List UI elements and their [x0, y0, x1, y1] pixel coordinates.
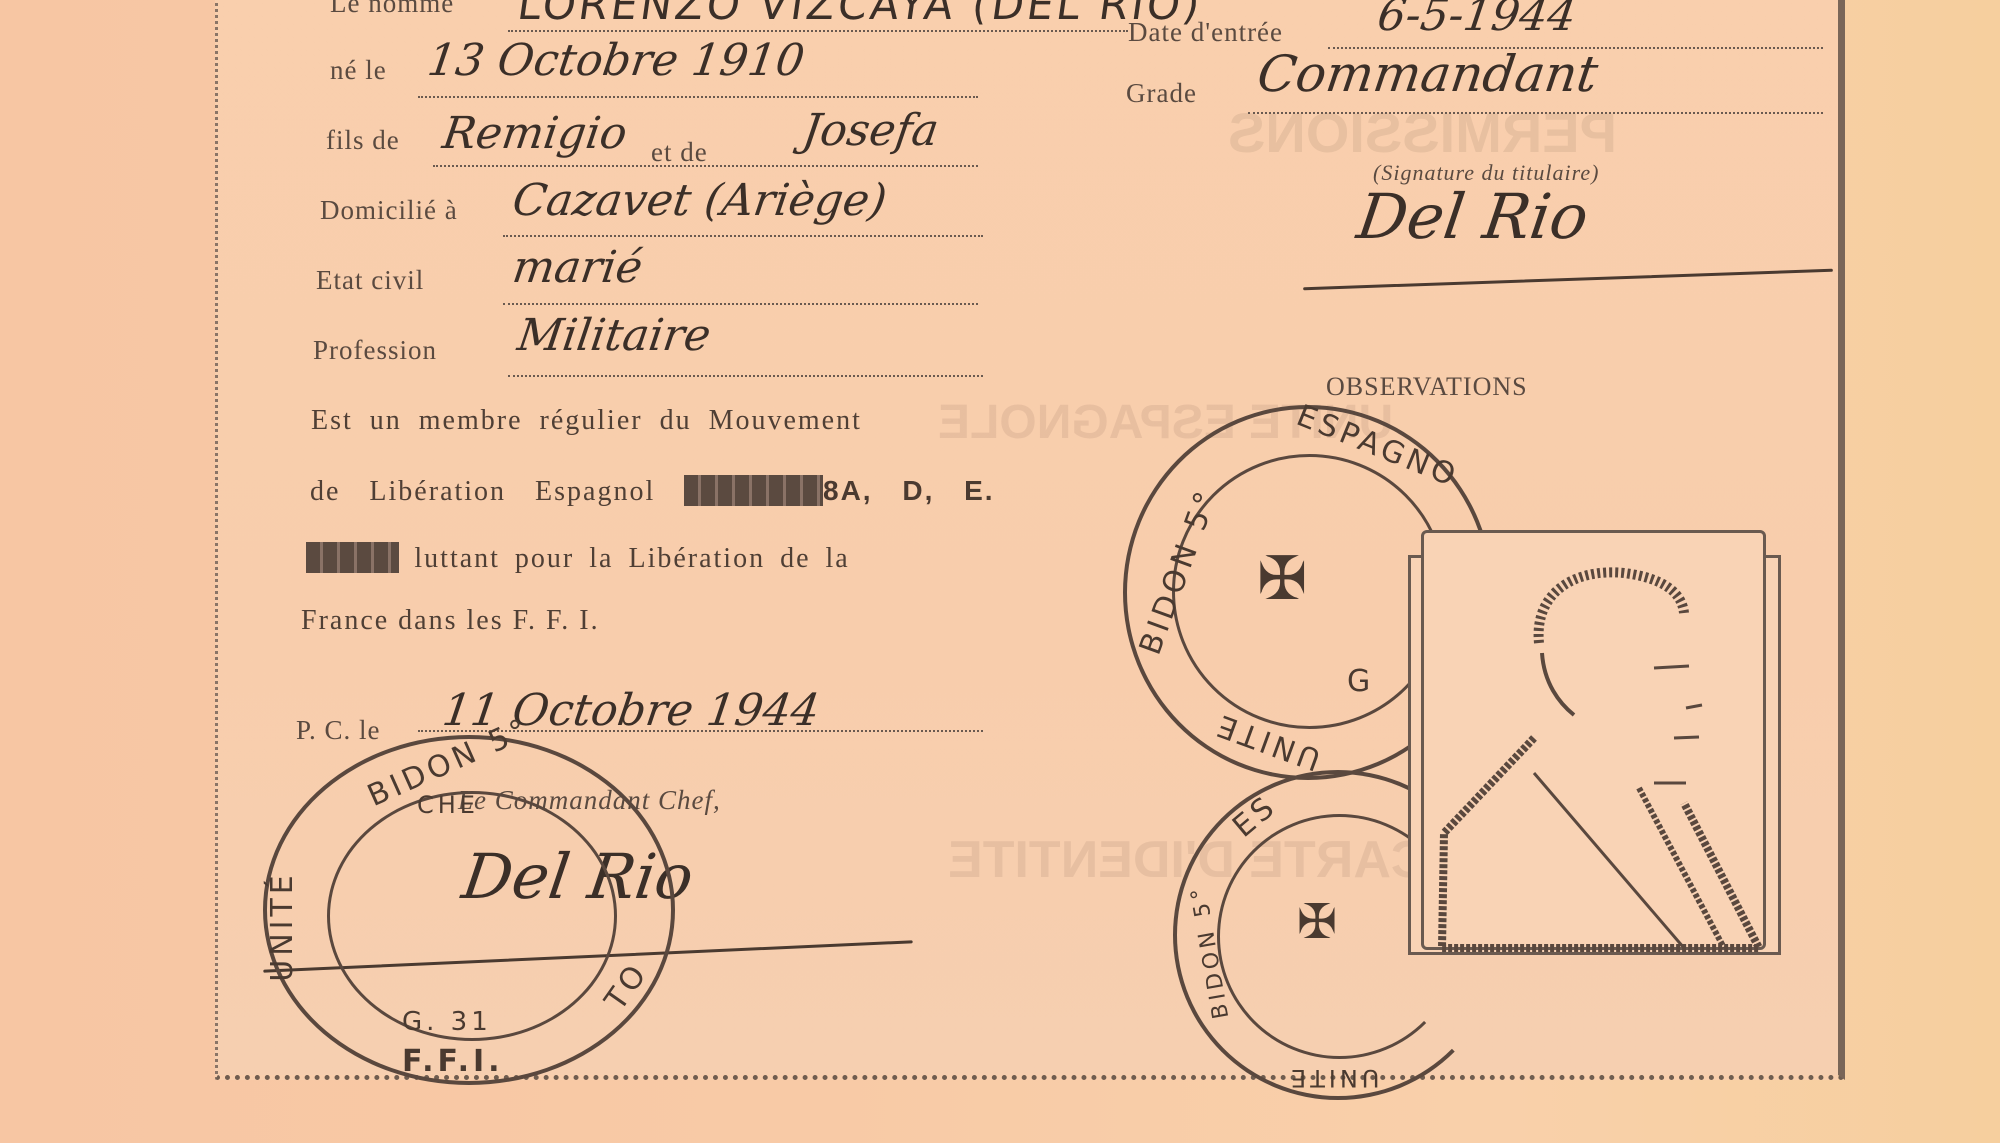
show-through-text: PERMISSIONS — [1228, 100, 1617, 165]
portrait-icon — [1424, 533, 1769, 953]
cross-emblem-icon: ✠ — [1297, 894, 1341, 950]
holder-photo — [1421, 530, 1766, 950]
fils-de-label: fils de — [326, 125, 400, 156]
profession-underline — [508, 375, 983, 377]
et-de-label: et de — [651, 137, 708, 168]
ffi-stamp-right: TO — [598, 956, 655, 1017]
naissance-label: né le — [330, 55, 387, 86]
statement-line-3: XXXXX luttant pour la Libération de la — [306, 542, 850, 575]
nom-label: Le nomme — [330, 0, 454, 19]
etat-civil-value: marié — [509, 242, 645, 293]
grade-value: Commandant — [1254, 45, 1601, 103]
nom-value: LORENZO VIZCAYA (DEL RIO) — [515, 0, 1206, 29]
profession-value: Militaire — [514, 310, 713, 361]
grade-underline — [1248, 112, 1823, 114]
upper-stamp-right: G — [1347, 664, 1374, 699]
naissance-value: 13 Octobre 1910 — [424, 35, 807, 86]
ffi-stamp: BIDON 5° CHE UNITÉ TO G. 31 F.F.I. — [263, 735, 675, 1085]
holder-signature: Del Rio — [1353, 180, 1593, 253]
ffi-stamp-left: UNITÉ — [265, 871, 300, 982]
statement-line-2-text: de Libération Espagnol — [310, 476, 655, 507]
observations-label: OBSERVATIONS — [1326, 372, 1528, 402]
ffi-stamp-inner-top: CHE — [417, 791, 479, 819]
profession-label: Profession — [313, 335, 437, 366]
et-de-value: Josefa — [799, 105, 941, 156]
statement-line-3-text: luttant pour la Libération de la — [414, 543, 849, 574]
ffi-stamp-bottom: F.F.I. — [402, 1044, 504, 1079]
domicile-value: Cazavet (Ariège) — [509, 175, 890, 226]
etat-civil-label: Etat civil — [316, 265, 424, 296]
id-card: PERMISSIONS UNITE ESPAGNOLE CARTE D'IDEN… — [215, 0, 1845, 1080]
overstamp-block: XXXXX — [306, 542, 399, 573]
overstamp-block: XXXXXXX — [684, 475, 823, 506]
nom-underline — [508, 30, 1128, 32]
domicile-label: Domicilié à — [320, 195, 458, 226]
fils-de-value: Remigio — [439, 108, 630, 159]
etat-civil-underline — [503, 303, 978, 305]
lower-stamp-bottom: UNITE — [1287, 1064, 1379, 1092]
grade-label: Grade — [1126, 78, 1197, 109]
pc-label: P. C. le — [296, 715, 381, 746]
date-entree-label: Date d'entrée — [1128, 17, 1283, 48]
statement-line-4: France dans les F. F. I. — [301, 605, 600, 637]
holder-signature-flourish — [1303, 269, 1833, 290]
fils-underline — [433, 165, 978, 167]
ffi-stamp-inner-bottom: G. 31 — [402, 1007, 492, 1037]
statement-line-1: Est un membre régulier du Mouvement — [311, 405, 862, 437]
domicile-underline — [503, 235, 983, 237]
date-entree-value: 6-5-1944 — [1374, 0, 1579, 41]
naissance-underline — [418, 96, 978, 98]
cross-emblem-icon: ✠ — [1257, 544, 1311, 614]
ade-stamp: 8A, D, E. — [823, 475, 995, 506]
statement-line-2: de Libération Espagnol XXXXXXX8A, D, E. — [310, 475, 995, 508]
